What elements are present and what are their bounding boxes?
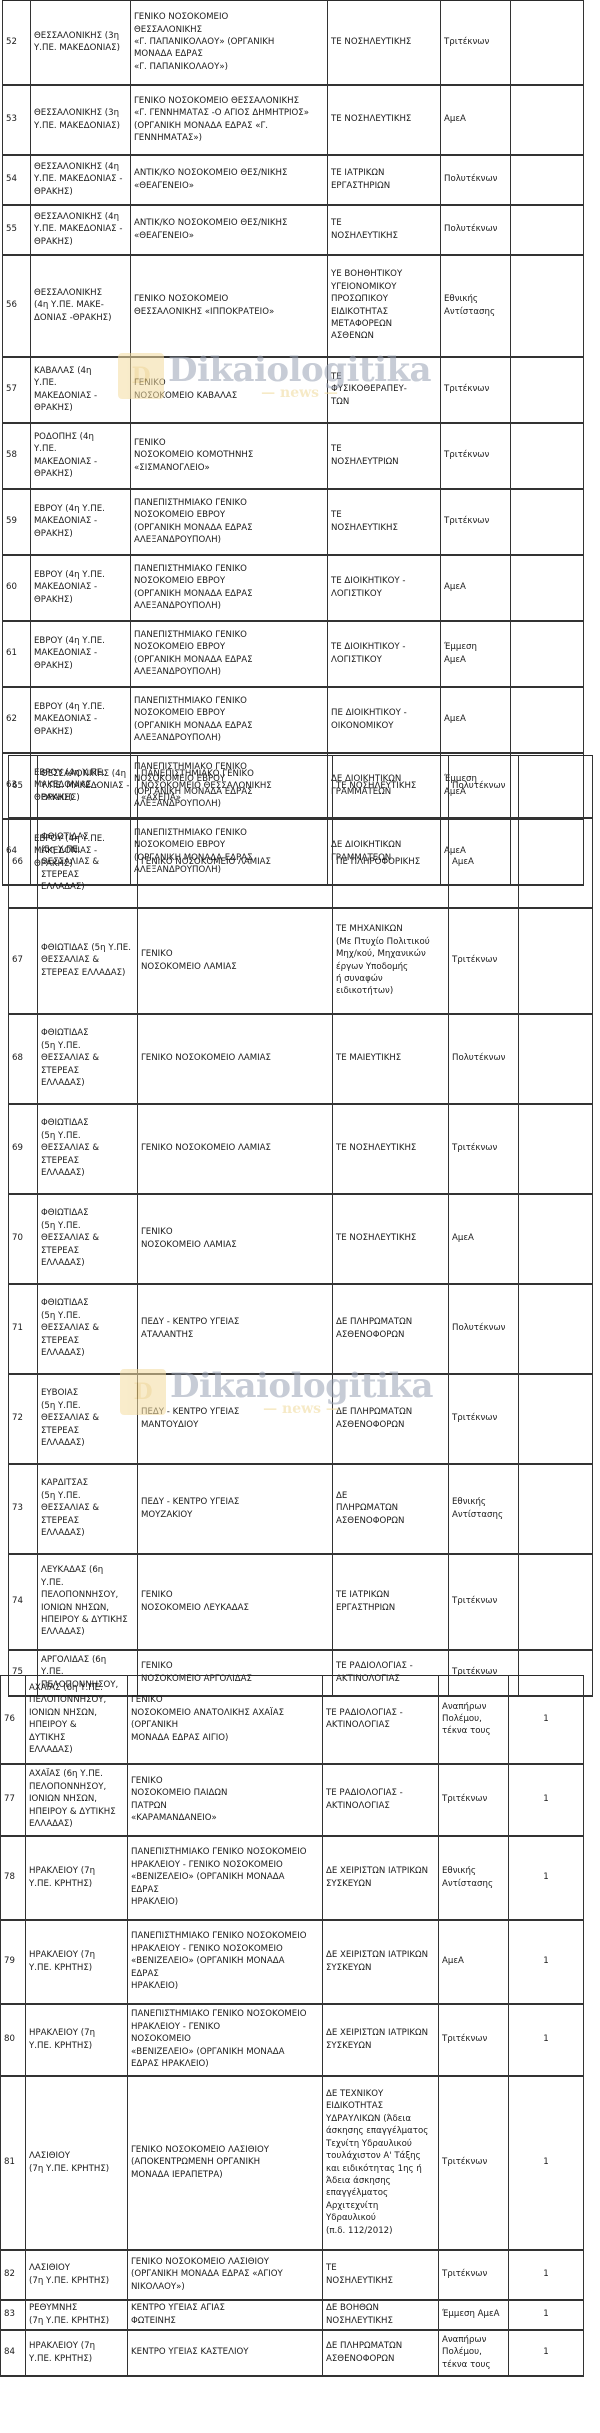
count-cell: 1 [509,2250,584,2300]
count-cell [511,85,584,155]
health-unit-cell: ΠΑΝΕΠΙΣΤΗΜΙΑΚΟ ΓΕΝΙΚΟ ΝΟΣΟΚΟΜΕΙΟ ΕΒΡΟΥ (… [131,489,328,555]
table-row: 66ΦΘΙΩΤΙΔΑΣ (5η Υ.ΠΕ. ΘΕΣΣΑΛΙΑΣ & ΣΤΕΡΕΑ… [9,818,593,908]
count-cell [511,423,584,489]
specialty-cell: ΔΕ ΒΟΗΘΩΝ ΝΟΣΗΛΕΥΤΙΚΗΣ [323,2300,439,2330]
health-unit-cell: ΠΑΝΕΠΙΣΤΗΜΙΑΚΟ ΓΕΝΙΚΟ ΝΟΣΟΚΟΜΕΙΟ ΗΡΑΚΛΕΙ… [128,1920,323,2004]
region-cell: ΚΑΒΑΛΑΣ (4η Υ.ΠΕ. ΜΑΚΕΔΟΝΙΑΣ - ΘΡΑΚΗΣ) [31,357,131,423]
specialty-cell: ΤΕ ΝΟΣΗΛΕΥΤΙΚΗΣ [333,1104,449,1194]
category-cell: Αναπήρων Πολέμου, τέκνα τους [439,1676,509,1764]
specialty-cell: ΔΕ ΠΛΗΡΩΜΑΤΩΝ ΑΣΘΕΝΟΦΟΡΩΝ [333,1464,449,1554]
health-unit-cell: ΓΕΝΙΚΟ ΝΟΣΟΚΟΜΕΙΟ ΛΑΜΙΑΣ [138,1014,333,1104]
row-number: 61 [3,621,31,687]
count-cell: 1 [509,2004,584,2076]
count-cell [519,1554,593,1650]
row-number: 76 [1,1676,26,1764]
region-cell: ΗΡΑΚΛΕΙΟΥ (7η Υ.ΠΕ. ΚΡΗΤΗΣ) [26,1920,128,2004]
table-row: 83ΡΕΘΥΜΝΗΣ (7η Υ.ΠΕ. ΚΡΗΤΗΣ)ΚΕΝΤΡΟ ΥΓΕΙΑ… [1,2300,584,2330]
health-unit-cell: ΓΕΝΙΚΟ ΝΟΣΟΚΟΜΕΙΟ ΘΕΣΣΑΛΟΝΙΚΗΣ «ΙΠΠΟΚΡΑΤ… [131,255,328,357]
table-row: 77ΑΧΑΪΑΣ (6η Υ.ΠΕ. ΠΕΛΟΠΟΝΝΗΣΟΥ, ΙΟΝΙΩΝ … [1,1764,584,1836]
specialty-cell: ΔΕ ΠΛΗΡΩΜΑΤΩΝ ΑΣΘΕΝΟΦΟΡΩΝ [323,2330,439,2376]
category-cell: Τριτέκνων [441,357,511,423]
category-cell: Εθνικής Αντίστασης [439,1836,509,1920]
region-cell: ΕΒΡΟΥ (4η Υ.ΠΕ. ΜΑΚΕΔΟΝΙΑΣ - ΘΡΑΚΗΣ) [31,555,131,621]
table-row: 79ΗΡΑΚΛΕΙΟΥ (7η Υ.ΠΕ. ΚΡΗΤΗΣ)ΠΑΝΕΠΙΣΤΗΜΙ… [1,1920,584,2004]
category-cell: Τριτέκνων [441,423,511,489]
row-number: 62 [3,687,31,753]
count-cell [511,255,584,357]
region-cell: ΘΕΣΣΑΛΟΝΙΚΗΣ (4η Υ.ΠΕ. ΜΑΚΕΔΟΝΙΑΣ - ΘΡΑΚ… [31,155,131,205]
category-cell: ΑμεΑ [441,687,511,753]
row-number: 59 [3,489,31,555]
category-cell: ΑμεΑ [441,555,511,621]
category-cell: Εθνικής Αντίστασης [449,1464,519,1554]
category-cell: Πολυτέκνων [441,155,511,205]
region-cell: ΛΑΣΙΘΙΟΥ (7η Υ.ΠΕ. ΚΡΗΤΗΣ) [26,2076,128,2250]
specialty-cell: ΤΕ ΝΟΣΗΛΕΥΤΙΚΗΣ [328,85,441,155]
row-number: 72 [9,1374,38,1464]
count-cell [511,1,584,85]
row-number: 69 [9,1104,38,1194]
health-unit-cell: ΓΕΝΙΚΟ ΝΟΣΟΚΟΜΕΙΟ ΛΑΜΙΑΣ [138,1104,333,1194]
category-cell: Τριτέκνων [449,1374,519,1464]
health-unit-cell: ΓΕΝΙΚΟ ΝΟΣΟΚΟΜΕΙΟ ΚΑΒΑΛΑΣ [131,357,328,423]
specialty-cell: ΠΕ ΔΙΟΙΚΗΤΙΚΟΥ - ΟΙΚΟΝΟΜΙΚΟΥ [328,687,441,753]
specialty-cell: ΔΕ ΤΕΧΝΙΚΟΥ ΕΙΔΙΚΟΤΗΤΑΣ ΥΔΡΑΥΛΙΚΩΝ (Άδει… [323,2076,439,2250]
table-row: 76ΑΧΑΪΑΣ (6η Υ.ΠΕ. ΠΕΛΟΠΟΝΝΗΣΟΥ, ΙΟΝΙΩΝ … [1,1676,584,1764]
region-cell: ΗΡΑΚΛΕΙΟΥ (7η Υ.ΠΕ. ΚΡΗΤΗΣ) [26,2004,128,2076]
row-number: 81 [1,2076,26,2250]
specialty-cell: ΔΕ ΧΕΙΡΙΣΤΩΝ ΙΑΤΡΙΚΩΝ ΣΥΣΚΕΥΩΝ [323,1920,439,2004]
specialty-cell: ΤΕ ΙΑΤΡΙΚΩΝ ΕΡΓΑΣΤΗΡΙΩΝ [333,1554,449,1650]
row-number: 79 [1,1920,26,2004]
table-row: 54ΘΕΣΣΑΛΟΝΙΚΗΣ (4η Υ.ΠΕ. ΜΑΚΕΔΟΝΙΑΣ - ΘΡ… [3,155,584,205]
table-row: 81ΛΑΣΙΘΙΟΥ (7η Υ.ΠΕ. ΚΡΗΤΗΣ)ΓΕΝΙΚΟ ΝΟΣΟΚ… [1,2076,584,2250]
specialty-cell: ΤΕ ΝΟΣΗΛΕΥΤΙΚΗΣ [328,489,441,555]
specialty-cell: ΤΕ ΜΑΙΕΥΤΙΚΗΣ [333,1014,449,1104]
specialty-cell: ΤΕ ΜΗΧΑΝΙΚΩΝ (Με Πτυχίο Πολιτικού Μηχ/κο… [333,908,449,1014]
specialty-cell: ΔΕ ΠΛΗΡΩΜΑΤΩΝ ΑΣΘΕΝΟΦΟΡΩΝ [333,1284,449,1374]
row-number: 83 [1,2300,26,2330]
count-cell [511,357,584,423]
region-cell: ΘΕΣΣΑΛΟΝΙΚΗΣ (4η Υ.ΠΕ. ΜΑΚΕΔΟΝΙΑΣ - ΘΡΑΚ… [31,205,131,255]
count-cell [519,1464,593,1554]
region-cell: ΘΕΣΣΑΛΟΝΙΚΗΣ (4η Υ.ΠΕ. ΜΑΚΕ- ΔΟΝΙΑΣ -ΘΡΑ… [31,255,131,357]
count-cell: 1 [509,2076,584,2250]
health-unit-cell: ΑΝΤΙΚ/ΚΟ ΝΟΣΟΚΟΜΕΙΟ ΘΕΣ/ΝΙΚΗΣ «ΘΕΑΓΕΝΕΙΟ… [131,205,328,255]
table-row: 80ΗΡΑΚΛΕΙΟΥ (7η Υ.ΠΕ. ΚΡΗΤΗΣ)ΠΑΝΕΠΙΣΤΗΜΙ… [1,2004,584,2076]
row-number: 77 [1,1764,26,1836]
category-cell: Εθνικής Αντίστασης [441,255,511,357]
region-cell: ΚΑΡΔΙΤΣΑΣ (5η Υ.ΠΕ. ΘΕΣΣΑΛΙΑΣ & ΣΤΕΡΕΑΣ … [38,1464,138,1554]
table-row: 55ΘΕΣΣΑΛΟΝΙΚΗΣ (4η Υ.ΠΕ. ΜΑΚΕΔΟΝΙΑΣ - ΘΡ… [3,205,584,255]
category-cell: Πολυτέκνων [441,205,511,255]
row-number: 57 [3,357,31,423]
count-cell [519,818,593,908]
health-unit-cell: ΠΑΝΕΠΙΣΤΗΜΙΑΚΟ ΓΕΝΙΚΟ ΝΟΣΟΚΟΜΕΙΟ ΗΡΑΚΛΕΙ… [128,1836,323,1920]
specialty-cell: ΠΕ ΠΛΗΡΟΦΟΡΙΚΗΣ [333,818,449,908]
count-cell [519,1104,593,1194]
category-cell: Τριτέκνων [441,489,511,555]
category-cell: Τριτέκνων [449,908,519,1014]
count-cell: 1 [509,1676,584,1764]
count-cell: 1 [509,2330,584,2376]
table-row: 74ΛΕΥΚΑΔΑΣ (6η Υ.ΠΕ. ΠΕΛΟΠΟΝΝΗΣΟΥ, ΙΟΝΙΩ… [9,1554,593,1650]
region-cell: ΗΡΑΚΛΕΙΟΥ (7η Υ.ΠΕ. ΚΡΗΤΗΣ) [26,2330,128,2376]
count-cell [511,555,584,621]
category-cell: Έμμεση ΑμεΑ [439,2300,509,2330]
specialty-cell: ΤΕ ΡΑΔΙΟΛΟΓΙΑΣ - ΑΚΤΙΝΟΛΟΓΙΑΣ [323,1764,439,1836]
health-unit-cell: ΓΕΝΙΚΟ ΝΟΣΟΚΟΜΕΙΟ ΛΑΜΙΑΣ [138,908,333,1014]
table-row: 59ΕΒΡΟΥ (4η Υ.ΠΕ. ΜΑΚΕΔΟΝΙΑΣ - ΘΡΑΚΗΣ)ΠΑ… [3,489,584,555]
row-number: 55 [3,205,31,255]
count-cell [519,1284,593,1374]
specialty-cell: ΤΕ ΝΟΣΗΛΕΥΤΙΚΗΣ [328,205,441,255]
table-row: 84ΗΡΑΚΛΕΙΟΥ (7η Υ.ΠΕ. ΚΡΗΤΗΣ)ΚΕΝΤΡΟ ΥΓΕΙ… [1,2330,584,2376]
count-cell [519,1194,593,1284]
region-cell: ΘΕΣΣΑΛΟΝΙΚΗΣ (3η Υ.ΠΕ. ΜΑΚΕΔΟΝΙΑΣ) [31,1,131,85]
specialty-cell: ΤΕ ΔΙΟΙΚΗΤΙΚΟΥ - ΛΟΓΙΣΤΙΚΟΥ [328,621,441,687]
table-row: 61ΕΒΡΟΥ (4η Υ.ΠΕ. ΜΑΚΕΔΟΝΙΑΣ - ΘΡΑΚΗΣ)ΠΑ… [3,621,584,687]
health-unit-cell: ΓΕΝΙΚΟ ΝΟΣΟΚΟΜΕΙΟ ΛΑΣΙΘΙΟΥ (ΑΠΟΚΕΝΤΡΩΜΕΝ… [128,2076,323,2250]
region-cell: ΕΒΡΟΥ (4η Υ.ΠΕ. ΜΑΚΕΔΟΝΙΑΣ - ΘΡΑΚΗΣ) [31,687,131,753]
row-number: 52 [3,1,31,85]
category-cell: Τριτέκνων [439,2004,509,2076]
health-unit-cell: ΠΑΝΕΠΙΣΤΗΜΙΑΚΟ ΓΕΝΙΚΟ ΝΟΣΟΚΟΜΕΙΟ ΗΡΑΚΛΕΙ… [128,2004,323,2076]
region-cell: ΦΘΙΩΤΙΔΑΣ (5η Υ.ΠΕ. ΘΕΣΣΑΛΙΑΣ & ΣΤΕΡΕΑΣ … [38,1104,138,1194]
specialty-cell: ΔΕ ΠΛΗΡΩΜΑΤΩΝ ΑΣΘΕΝΟΦΟΡΩΝ [333,1374,449,1464]
health-unit-cell: ΠΑΝΕΠΙΣΤΗΜΙΑΚΟ ΓΕΝΙΚΟ ΝΟΣΟΚΟΜΕΙΟ ΘΕΣΣΑΛΟ… [138,756,333,818]
health-unit-cell: ΑΝΤΙΚ/ΚΟ ΝΟΣΟΚΟΜΕΙΟ ΘΕΣ/ΝΙΚΗΣ «ΘΕΑΓΕΝΕΙΟ… [131,155,328,205]
health-unit-cell: ΠΕΔΥ - ΚΕΝΤΡΟ ΥΓΕΙΑΣ ΜΟΥΖΑΚΙΟΥ [138,1464,333,1554]
region-cell: ΘΕΣΣΑΛΟΝΙΚΗΣ (4η Υ.ΠΕ. ΜΑΚΕΔΟΝΙΑΣ - ΘΡΑΚ… [38,756,138,818]
category-cell: Τριτέκνων [449,1104,519,1194]
health-unit-cell: ΠΕΔΥ - ΚΕΝΤΡΟ ΥΓΕΙΑΣ ΑΤΑΛΑΝΤΗΣ [138,1284,333,1374]
health-unit-cell: ΚΕΝΤΡΟ ΥΓΕΙΑΣ ΚΑΣΤΕΛΙΟΥ [128,2330,323,2376]
health-unit-cell: ΓΕΝΙΚΟ ΝΟΣΟΚΟΜΕΙΟ ΑΝΑΤΟΛΙΚΗΣ ΑΧΑΪΑΣ (ΟΡΓ… [128,1676,323,1764]
count-cell: 1 [509,1920,584,2004]
table-row: 70ΦΘΙΩΤΙΔΑΣ (5η Υ.ΠΕ. ΘΕΣΣΑΛΙΑΣ & ΣΤΕΡΕΑ… [9,1194,593,1284]
specialty-cell: ΥΕ ΒΟΗΘΗΤΙΚΟΥ ΥΓΕΙΟΝΟΜΙΚΟΥ ΠΡΟΣΩΠΙΚΟΥ ΕΙ… [328,255,441,357]
health-unit-cell: ΓΕΝΙΚΟ ΝΟΣΟΚΟΜΕΙΟ ΘΕΣΣΑΛΟΝΙΚΗΣ «Γ. ΠΑΠΑΝ… [131,1,328,85]
health-unit-cell: ΓΕΝΙΚΟ ΝΟΣΟΚΟΜΕΙΟ ΚΟΜΟΤΗΝΗΣ «ΣΙΣΜΑΝΟΓΛΕΙ… [131,423,328,489]
row-number: 67 [9,908,38,1014]
table-row: 56ΘΕΣΣΑΛΟΝΙΚΗΣ (4η Υ.ΠΕ. ΜΑΚΕ- ΔΟΝΙΑΣ -Θ… [3,255,584,357]
count-cell [511,687,584,753]
count-cell [511,205,584,255]
row-number: 82 [1,2250,26,2300]
health-unit-cell: ΓΕΝΙΚΟ ΝΟΣΟΚΟΜΕΙΟ ΘΕΣΣΑΛΟΝΙΚΗΣ «Γ. ΓΕΝΝΗ… [131,85,328,155]
region-cell: ΡΟΔΟΠΗΣ (4η Υ.ΠΕ. ΜΑΚΕΔΟΝΙΑΣ - ΘΡΑΚΗΣ) [31,423,131,489]
region-cell: ΡΕΘΥΜΝΗΣ (7η Υ.ΠΕ. ΚΡΗΤΗΣ) [26,2300,128,2330]
table-row: 69ΦΘΙΩΤΙΔΑΣ (5η Υ.ΠΕ. ΘΕΣΣΑΛΙΑΣ & ΣΤΕΡΕΑ… [9,1104,593,1194]
table-row: 72ΕΥΒΟΙΑΣ (5η Υ.ΠΕ. ΘΕΣΣΑΛΙΑΣ & ΣΤΕΡΕΑΣ … [9,1374,593,1464]
row-number: 66 [9,818,38,908]
row-number: 71 [9,1284,38,1374]
row-number: 84 [1,2330,26,2376]
category-cell: Έμμεση ΑμεΑ [441,621,511,687]
count-cell [511,489,584,555]
region-cell: ΑΧΑΪΑΣ (6η Υ.ΠΕ. ΠΕΛΟΠΟΝΝΗΣΟΥ, ΙΟΝΙΩΝ ΝΗ… [26,1676,128,1764]
table-row: 60ΕΒΡΟΥ (4η Υ.ΠΕ. ΜΑΚΕΔΟΝΙΑΣ - ΘΡΑΚΗΣ)ΠΑ… [3,555,584,621]
category-cell: Τριτέκνων [439,1764,509,1836]
count-cell [511,621,584,687]
table-row: 82ΛΑΣΙΘΙΟΥ (7η Υ.ΠΕ. ΚΡΗΤΗΣ)ΓΕΝΙΚΟ ΝΟΣΟΚ… [1,2250,584,2300]
count-cell [519,756,593,818]
region-cell: ΦΘΙΩΤΙΔΑΣ (5η Υ.ΠΕ. ΘΕΣΣΑΛΙΑΣ & ΣΤΕΡΕΑΣ … [38,1014,138,1104]
table-row: 78ΗΡΑΚΛΕΙΟΥ (7η Υ.ΠΕ. ΚΡΗΤΗΣ)ΠΑΝΕΠΙΣΤΗΜΙ… [1,1836,584,1920]
table-row: 73ΚΑΡΔΙΤΣΑΣ (5η Υ.ΠΕ. ΘΕΣΣΑΛΙΑΣ & ΣΤΕΡΕΑ… [9,1464,593,1554]
count-cell [519,1014,593,1104]
table-row: 52ΘΕΣΣΑΛΟΝΙΚΗΣ (3η Υ.ΠΕ. ΜΑΚΕΔΟΝΙΑΣ)ΓΕΝΙ… [3,1,584,85]
region-cell: ΛΕΥΚΑΔΑΣ (6η Υ.ΠΕ. ΠΕΛΟΠΟΝΝΗΣΟΥ, ΙΟΝΙΩΝ … [38,1554,138,1650]
health-unit-cell: ΓΕΝΙΚΟ ΝΟΣΟΚΟΜΕΙΟ ΛΕΥΚΑΔΑΣ [138,1554,333,1650]
count-cell [519,908,593,1014]
row-number: 58 [3,423,31,489]
region-cell: ΕΥΒΟΙΑΣ (5η Υ.ΠΕ. ΘΕΣΣΑΛΙΑΣ & ΣΤΕΡΕΑΣ ΕΛ… [38,1374,138,1464]
specialty-cell: ΤΕ ΦΥΣΙΚΟΘΕΡΑΠΕΥ- ΤΩΝ [328,357,441,423]
region-cell: ΘΕΣΣΑΛΟΝΙΚΗΣ (3η Υ.ΠΕ. ΜΑΚΕΔΟΝΙΑΣ) [31,85,131,155]
region-cell: ΕΒΡΟΥ (4η Υ.ΠΕ. ΜΑΚΕΔΟΝΙΑΣ - ΘΡΑΚΗΣ) [31,489,131,555]
count-cell: 1 [509,1836,584,1920]
row-number: 80 [1,2004,26,2076]
category-cell: Τριτέκνων [441,1,511,85]
region-cell: ΕΒΡΟΥ (4η Υ.ΠΕ. ΜΑΚΕΔΟΝΙΑΣ - ΘΡΑΚΗΣ) [31,621,131,687]
region-cell: ΦΘΙΩΤΙΔΑΣ (5η Υ.ΠΕ. ΘΕΣΣΑΛΙΑΣ & ΣΤΕΡΕΑΣ … [38,908,138,1014]
category-cell: ΑμεΑ [439,1920,509,2004]
row-number: 70 [9,1194,38,1284]
region-cell: ΦΘΙΩΤΙΔΑΣ (5η Υ.ΠΕ. ΘΕΣΣΑΛΙΑΣ & ΣΤΕΡΕΑΣ … [38,818,138,908]
table-row: 62ΕΒΡΟΥ (4η Υ.ΠΕ. ΜΑΚΕΔΟΝΙΑΣ - ΘΡΑΚΗΣ)ΠΑ… [3,687,584,753]
row-number: 60 [3,555,31,621]
category-cell: ΑμεΑ [449,1194,519,1284]
row-number: 68 [9,1014,38,1104]
count-cell [519,1374,593,1464]
category-cell: Πολυτέκνων [449,1014,519,1104]
health-unit-cell: ΠΑΝΕΠΙΣΤΗΜΙΑΚΟ ΓΕΝΙΚΟ ΝΟΣΟΚΟΜΕΙΟ ΕΒΡΟΥ (… [131,687,328,753]
health-unit-cell: ΠΕΔΥ - ΚΕΝΤΡΟ ΥΓΕΙΑΣ ΜΑΝΤΟΥΔΙΟΥ [138,1374,333,1464]
health-unit-cell: ΓΕΝΙΚΟ ΝΟΣΟΚΟΜΕΙΟ ΠΑΙΔΩΝ ΠΑΤΡΩΝ «ΚΑΡΑΜΑΝ… [128,1764,323,1836]
category-cell: Πολυτέκνων [449,1284,519,1374]
count-cell: 1 [509,2300,584,2330]
category-cell: Τριτέκνων [449,1554,519,1650]
category-cell: Τριτέκνων [439,2250,509,2300]
row-number: 65 [9,756,38,818]
category-cell: ΑμεΑ [441,85,511,155]
specialty-cell: ΤΕ ΔΙΟΙΚΗΤΙΚΟΥ - ΛΟΓΙΣΤΙΚΟΥ [328,555,441,621]
specialty-cell: ΤΕ ΝΟΣΗΛΕΥΤΙΚΗΣ [323,2250,439,2300]
health-unit-cell: ΠΑΝΕΠΙΣΤΗΜΙΑΚΟ ΓΕΝΙΚΟ ΝΟΣΟΚΟΜΕΙΟ ΕΒΡΟΥ (… [131,555,328,621]
category-cell: Αναπήρων Πολέμου, τέκνα τους [439,2330,509,2376]
count-cell: 1 [509,1764,584,1836]
row-number: 56 [3,255,31,357]
specialty-cell: ΔΕ ΧΕΙΡΙΣΤΩΝ ΙΑΤΡΙΚΩΝ ΣΥΣΚΕΥΩΝ [323,2004,439,2076]
region-cell: ΗΡΑΚΛΕΙΟΥ (7η Υ.ΠΕ. ΚΡΗΤΗΣ) [26,1836,128,1920]
row-number: 73 [9,1464,38,1554]
positions-table-part-1: 52ΘΕΣΣΑΛΟΝΙΚΗΣ (3η Υ.ΠΕ. ΜΑΚΕΔΟΝΙΑΣ)ΓΕΝΙ… [2,0,584,886]
row-number: 53 [3,85,31,155]
positions-table-part-2: 65ΘΕΣΣΑΛΟΝΙΚΗΣ (4η Υ.ΠΕ. ΜΑΚΕΔΟΝΙΑΣ - ΘΡ… [8,755,593,1697]
table-row: 68ΦΘΙΩΤΙΔΑΣ (5η Υ.ΠΕ. ΘΕΣΣΑΛΙΑΣ & ΣΤΕΡΕΑ… [9,1014,593,1104]
region-cell: ΛΑΣΙΘΙΟΥ (7η Υ.ΠΕ. ΚΡΗΤΗΣ) [26,2250,128,2300]
specialty-cell: ΤΕ ΝΟΣΗΛΕΥΤΡΙΩΝ [328,423,441,489]
health-unit-cell: ΓΕΝΙΚΟ ΝΟΣΟΚΟΜΕΙΟ ΛΑΜΙΑΣ [138,1194,333,1284]
row-number: 74 [9,1554,38,1650]
category-cell: Τριτέκνων [439,2076,509,2250]
specialty-cell: ΔΕ ΧΕΙΡΙΣΤΩΝ ΙΑΤΡΙΚΩΝ ΣΥΣΚΕΥΩΝ [323,1836,439,1920]
specialty-cell: ΤΕ ΝΟΣΗΛΕΥΤΙΚΗΣ [333,756,449,818]
category-cell: ΑμεΑ [449,818,519,908]
row-number: 54 [3,155,31,205]
region-cell: ΑΧΑΪΑΣ (6η Υ.ΠΕ. ΠΕΛΟΠΟΝΝΗΣΟΥ, ΙΟΝΙΩΝ ΝΗ… [26,1764,128,1836]
specialty-cell: ΤΕ ΙΑΤΡΙΚΩΝ ΕΡΓΑΣΤΗΡΙΩΝ [328,155,441,205]
region-cell: ΦΘΙΩΤΙΔΑΣ (5η Υ.ΠΕ. ΘΕΣΣΑΛΙΑΣ & ΣΤΕΡΕΑΣ … [38,1284,138,1374]
row-number: 78 [1,1836,26,1920]
region-cell: ΦΘΙΩΤΙΔΑΣ (5η Υ.ΠΕ. ΘΕΣΣΑΛΙΑΣ & ΣΤΕΡΕΑΣ … [38,1194,138,1284]
health-unit-cell: ΠΑΝΕΠΙΣΤΗΜΙΑΚΟ ΓΕΝΙΚΟ ΝΟΣΟΚΟΜΕΙΟ ΕΒΡΟΥ (… [131,621,328,687]
category-cell: Πολυτέκνων [449,756,519,818]
table-row: 67ΦΘΙΩΤΙΔΑΣ (5η Υ.ΠΕ. ΘΕΣΣΑΛΙΑΣ & ΣΤΕΡΕΑ… [9,908,593,1014]
specialty-cell: ΤΕ ΡΑΔΙΟΛΟΓΙΑΣ - ΑΚΤΙΝΟΛΟΓΙΑΣ [323,1676,439,1764]
table-row: 57ΚΑΒΑΛΑΣ (4η Υ.ΠΕ. ΜΑΚΕΔΟΝΙΑΣ - ΘΡΑΚΗΣ)… [3,357,584,423]
specialty-cell: ΤΕ ΝΟΣΗΛΕΥΤΙΚΗΣ [333,1194,449,1284]
table-row: 58ΡΟΔΟΠΗΣ (4η Υ.ΠΕ. ΜΑΚΕΔΟΝΙΑΣ - ΘΡΑΚΗΣ)… [3,423,584,489]
positions-table-part-3: 76ΑΧΑΪΑΣ (6η Υ.ΠΕ. ΠΕΛΟΠΟΝΝΗΣΟΥ, ΙΟΝΙΩΝ … [0,1675,584,2377]
table-row: 71ΦΘΙΩΤΙΔΑΣ (5η Υ.ΠΕ. ΘΕΣΣΑΛΙΑΣ & ΣΤΕΡΕΑ… [9,1284,593,1374]
health-unit-cell: ΚΕΝΤΡΟ ΥΓΕΙΑΣ ΑΓΙΑΣ ΦΩΤΕΙΝΗΣ [128,2300,323,2330]
health-unit-cell: ΓΕΝΙΚΟ ΝΟΣΟΚΟΜΕΙΟ ΛΑΜΙΑΣ [138,818,333,908]
health-unit-cell: ΓΕΝΙΚΟ ΝΟΣΟΚΟΜΕΙΟ ΛΑΣΙΘΙΟΥ (ΟΡΓΑΝΙΚΗ ΜΟΝ… [128,2250,323,2300]
specialty-cell: ΤΕ ΝΟΣΗΛΕΥΤΙΚΗΣ [328,1,441,85]
count-cell [511,155,584,205]
table-row: 65ΘΕΣΣΑΛΟΝΙΚΗΣ (4η Υ.ΠΕ. ΜΑΚΕΔΟΝΙΑΣ - ΘΡ… [9,756,593,818]
table-row: 53ΘΕΣΣΑΛΟΝΙΚΗΣ (3η Υ.ΠΕ. ΜΑΚΕΔΟΝΙΑΣ)ΓΕΝΙ… [3,85,584,155]
